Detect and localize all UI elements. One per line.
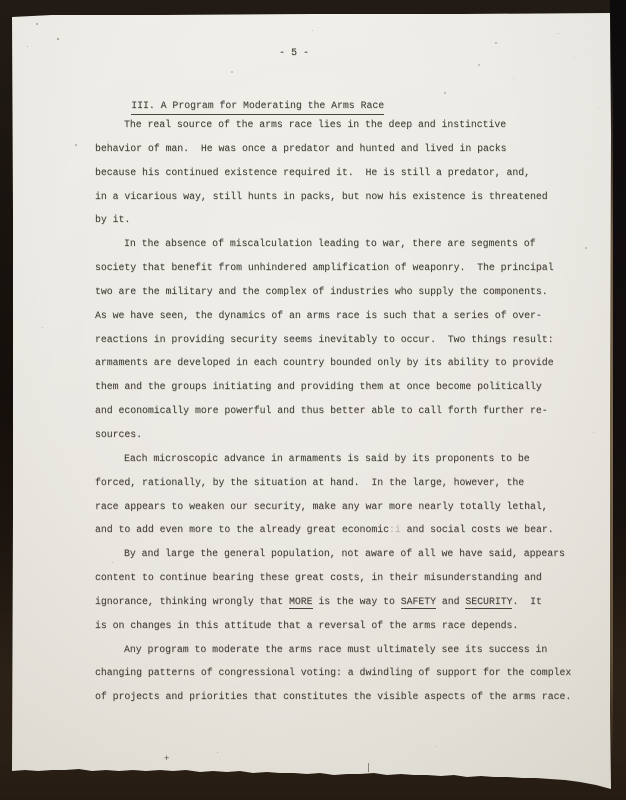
scan-speck xyxy=(112,562,113,563)
scan-speck xyxy=(598,107,599,108)
text-segment: Any program to moderate the arms race mu… xyxy=(124,644,547,655)
text-line: reactions in providing security seems in… xyxy=(95,328,595,352)
scan-speck xyxy=(57,38,59,40)
text-segment: because his continued existence required… xyxy=(95,167,530,178)
text-line: society that benefit from unhindered amp… xyxy=(95,256,595,280)
scan-speck xyxy=(558,33,559,34)
scan-speck xyxy=(585,247,587,249)
text-segment: changing patterns of congressional votin… xyxy=(95,667,571,678)
scan-speck xyxy=(593,432,594,433)
scan-speck xyxy=(231,71,233,73)
scan-speck xyxy=(42,327,43,328)
scan-speck xyxy=(217,752,218,753)
text-line: changing patterns of congressional votin… xyxy=(95,661,595,685)
underlined-text: SAFETY xyxy=(401,596,436,610)
text-line: In the absence of miscalculation leading… xyxy=(95,232,595,256)
text-line: As we have seen, the dynamics of an arms… xyxy=(95,304,595,328)
text-line: content to continue bearing these great … xyxy=(95,566,595,590)
text-segment: race appears to weaken our security, mak… xyxy=(95,501,548,512)
scan-speck xyxy=(495,42,497,44)
text-segment: Each microscopic advance in armaments is… xyxy=(124,453,530,464)
text-line: because his continued existence required… xyxy=(95,161,595,185)
scan-speck xyxy=(36,23,38,25)
scan-speck xyxy=(444,92,446,94)
text-line: is on changes in this attitude that a re… xyxy=(95,614,595,638)
text-line: forced, rationally, by the situation at … xyxy=(95,471,595,495)
text-segment: and xyxy=(436,596,465,607)
text-segment: The real source of the arms race lies in… xyxy=(124,119,506,130)
text-segment: content to continue bearing these great … xyxy=(95,572,542,583)
document-page: - 5 - III. A Program for Moderating the … xyxy=(12,13,611,792)
scan-speck xyxy=(478,64,480,66)
text-segment: forced, rationally, by the situation at … xyxy=(95,477,524,488)
underlined-text: SECURITY xyxy=(465,596,512,610)
text-line: behavior of man. He was once a predator … xyxy=(95,137,595,161)
text-line: Any program to moderate the arms race mu… xyxy=(95,638,595,662)
text-segment: and economically more powerful and thus … xyxy=(95,405,548,416)
text-line: Each microscopic advance in armaments is… xyxy=(95,447,595,471)
text-segment: reactions in providing security seems in… xyxy=(95,334,554,345)
page-number: - 5 - xyxy=(264,49,324,59)
text-line: of projects and priorities that constitu… xyxy=(95,685,595,709)
text-segment: armaments are developed in each country … xyxy=(95,357,554,368)
text-segment: is the way to xyxy=(313,596,401,607)
text-line: them and the groups initiating and provi… xyxy=(95,375,595,399)
text-line: by it. xyxy=(95,208,595,232)
text-segment: :i xyxy=(389,524,401,535)
text-line: ignorance, thinking wrongly that MORE is… xyxy=(95,590,595,614)
scan-speck xyxy=(27,46,28,47)
text-segment: ignorance, thinking wrongly that xyxy=(95,596,289,607)
scan-speck xyxy=(574,57,575,58)
underlined-text: MORE xyxy=(289,596,313,610)
text-line: By and large the general population, not… xyxy=(95,542,595,566)
text-line: and to add even more to the already grea… xyxy=(95,518,595,542)
scan-speck xyxy=(312,30,313,31)
text-segment: and to add even more to the already grea… xyxy=(95,524,389,535)
text-line: sources. xyxy=(95,423,595,447)
plus-mark-artifact: + xyxy=(164,755,169,764)
text-segment: of projects and priorities that constitu… xyxy=(95,691,571,702)
text-segment: them and the groups initiating and provi… xyxy=(95,381,542,392)
text-segment: by it. xyxy=(95,214,130,225)
scan-speck xyxy=(436,746,437,747)
text-segment: As we have seen, the dynamics of an arms… xyxy=(95,310,542,321)
text-segment: behavior of man. He was once a predator … xyxy=(95,143,507,154)
text-segment: society that benefit from unhindered amp… xyxy=(95,262,554,273)
scan-background: - 5 - III. A Program for Moderating the … xyxy=(0,0,626,800)
text-line: armaments are developed in each country … xyxy=(95,351,595,375)
text-segment: In the absence of miscalculation leading… xyxy=(124,238,536,249)
text-segment: in a vicarious way, still hunts in packs… xyxy=(95,191,548,202)
text-segment: sources. xyxy=(95,429,142,440)
scan-speck xyxy=(75,144,77,146)
text-segment: and social costs we bear. xyxy=(401,524,554,535)
text-line: The real source of the arms race lies in… xyxy=(95,113,595,137)
text-segment: is on changes in this attitude that a re… xyxy=(95,620,518,631)
text-line: two are the military and the complex of … xyxy=(95,280,595,304)
text-segment: . It xyxy=(512,596,541,607)
text-line: in a vicarious way, still hunts in packs… xyxy=(95,185,595,209)
text-line: race appears to weaken our security, mak… xyxy=(95,495,595,519)
tick-mark-artifact xyxy=(368,763,369,772)
scan-speck xyxy=(107,141,108,142)
document-body: The real source of the arms race lies in… xyxy=(95,113,595,709)
text-segment: By and large the general population, not… xyxy=(124,548,565,559)
scan-speck xyxy=(513,78,514,79)
text-segment: two are the military and the complex of … xyxy=(95,286,548,297)
text-line: and economically more powerful and thus … xyxy=(95,399,595,423)
